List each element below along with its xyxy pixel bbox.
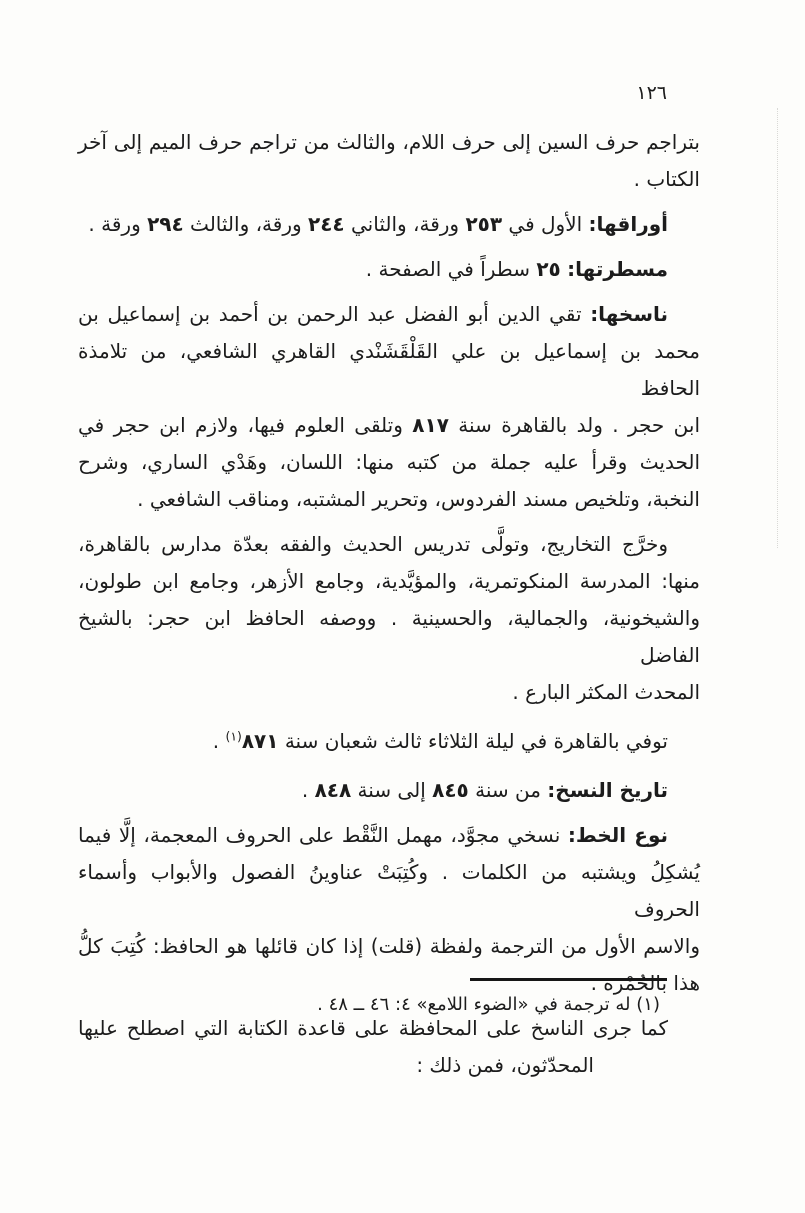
text-segment: بتراجم حرف السين إلى حرف اللام، والثالث … [78,130,700,154]
page-number: ١٢٦ [636,82,667,104]
bold-text: ٨٤٥ [432,778,469,802]
text-segment: سطراً في الصفحة . [366,257,537,281]
text-line: النخبة، وتلخيص مسند الفردوس، وتحرير المش… [78,481,700,518]
paragraph: بتراجم حرف السين إلى حرف اللام، والثالث … [78,124,700,198]
paragraph: ناسخها: تقي الدين أبو الفضل عبد الرحمن ب… [78,296,700,518]
bold-text: ناسخها: [590,302,668,326]
text-line: والشيخونية، والجمالية، والحسينية . ووصفه… [78,600,700,674]
bold-text: ٨٧١ [242,729,279,753]
text-line: الكتاب . [78,161,700,198]
text-segment: الأول في [502,212,588,236]
text-segment: وتلقى العلوم فيها، ولازم ابن حجر في [78,413,412,437]
paragraph: توفي بالقاهرة في ليلة الثلاثاء ثالث شعبا… [78,723,700,760]
scan-artifact-line [777,108,778,548]
text-segment: ورقة، والثاني [345,212,466,236]
text-line: والاسم الأول من الترجمة ولفظة (قلت) إذا … [78,928,700,965]
text-line: الحديث وقرأ عليه جملة من كتبه منها: اللس… [78,444,700,481]
text-segment: يُشكِلُ ويشتبه من الكلمات . وكُتِبَتْ عن… [78,860,700,921]
text-line: بتراجم حرف السين إلى حرف اللام، والثالث … [78,124,700,161]
text-line: يُشكِلُ ويشتبه من الكلمات . وكُتِبَتْ عن… [78,854,700,928]
text-segment: المحدّثون، فمن ذلك : [416,1053,594,1077]
text-segment: والشيخونية، والجمالية، والحسينية . ووصفه… [78,606,700,667]
text-segment: تقي الدين أبو الفضل عبد الرحمن بن أحمد ب… [78,302,590,326]
paragraph: نوع الخط: نسخي مجوَّد، مهمل النَّقْط على… [78,817,700,1002]
bold-text: ٢٥٣ [465,212,502,236]
text-segment: محمد بن إسماعيل بن علي القَلْقَشَنْدي ال… [78,339,700,400]
text-line: أوراقها: الأول في ٢٥٣ ورقة، والثاني ٢٤٤ … [78,206,700,243]
text-line: منها: المدرسة المنكوتمرية، والمؤيَّدية، … [78,563,700,600]
text-segment: توفي بالقاهرة في ليلة الثلاثاء ثالث شعبا… [278,729,668,753]
bold-text: ٨١٧ [412,413,449,437]
text-segment: النخبة، وتلخيص مسند الفردوس، وتحرير المش… [137,487,700,511]
bold-text: ٨٤٨ [315,778,352,802]
text-line: المحدث المكثر البارع . [78,674,700,711]
text-segment: إلى سنة [351,778,432,802]
text-segment: ابن حجر . ولد بالقاهرة سنة [449,413,700,437]
text-line: ناسخها: تقي الدين أبو الفضل عبد الرحمن ب… [78,296,700,333]
text-body: بتراجم حرف السين إلى حرف اللام، والثالث … [78,124,700,1084]
bold-text: ٢٤٤ [308,212,345,236]
text-line: وخرَّج التخاريج، وتولَّى تدريس الحديث وا… [78,526,700,563]
footnote-marker: (١) [226,728,242,743]
bold-text: ٢٩٤ [147,212,184,236]
text-line: تاريخ النسخ: من سنة ٨٤٥ إلى سنة ٨٤٨ . [78,772,700,809]
text-segment: . [302,778,315,802]
text-segment: ورقة . [88,212,147,236]
book-page: ١٢٦ بتراجم حرف السين إلى حرف اللام، والث… [0,0,805,1213]
paragraph: وخرَّج التخاريج، وتولَّى تدريس الحديث وا… [78,526,700,711]
text-line: ابن حجر . ولد بالقاهرة سنة ٨١٧ وتلقى الع… [78,407,700,444]
paragraph: أوراقها: الأول في ٢٥٣ ورقة، والثاني ٢٤٤ … [78,206,700,243]
text-segment: وخرَّج التخاريج، وتولَّى تدريس الحديث وا… [78,532,668,556]
text-line: نوع الخط: نسخي مجوَّد، مهمل النَّقْط على… [78,817,700,854]
footnote-text: (١) له ترجمة في «الضوء اللامع» ٤: ٤٦ ــ … [317,990,660,1020]
text-segment: منها: المدرسة المنكوتمرية، والمؤيَّدية، … [78,569,700,593]
text-line: توفي بالقاهرة في ليلة الثلاثاء ثالث شعبا… [78,723,700,760]
bold-text: نوع الخط: [568,823,668,847]
paragraph: كما جرى الناسخ على المحافظة على قاعدة ال… [78,1010,700,1084]
paragraph: مسطرتها: ٢٥ سطراً في الصفحة . [78,251,700,288]
text-segment: والاسم الأول من الترجمة ولفظة (قلت) إذا … [78,934,700,958]
bold-text: أوراقها: [589,212,668,236]
text-segment: الكتاب . [634,167,700,191]
text-line: مسطرتها: ٢٥ سطراً في الصفحة . [78,251,700,288]
text-segment: المحدث المكثر البارع . [512,680,700,704]
text-segment: من سنة [469,778,548,802]
bold-text: مسطرتها: [567,257,668,281]
footnote-separator [470,978,667,981]
bold-text: تاريخ النسخ: [547,778,668,802]
text-segment: نسخي مجوَّد، مهمل النَّقْط على الحروف ال… [78,823,568,847]
text-line: المحدّثون، فمن ذلك : [78,1047,700,1084]
text-segment: ورقة، والثالث [184,212,308,236]
bold-text: ٢٥ [536,257,560,281]
text-segment: . [213,729,226,753]
text-segment: الحديث وقرأ عليه جملة من كتبه منها: اللس… [78,450,700,474]
paragraph: تاريخ النسخ: من سنة ٨٤٥ إلى سنة ٨٤٨ . [78,772,700,809]
text-line: محمد بن إسماعيل بن علي القَلْقَشَنْدي ال… [78,333,700,407]
